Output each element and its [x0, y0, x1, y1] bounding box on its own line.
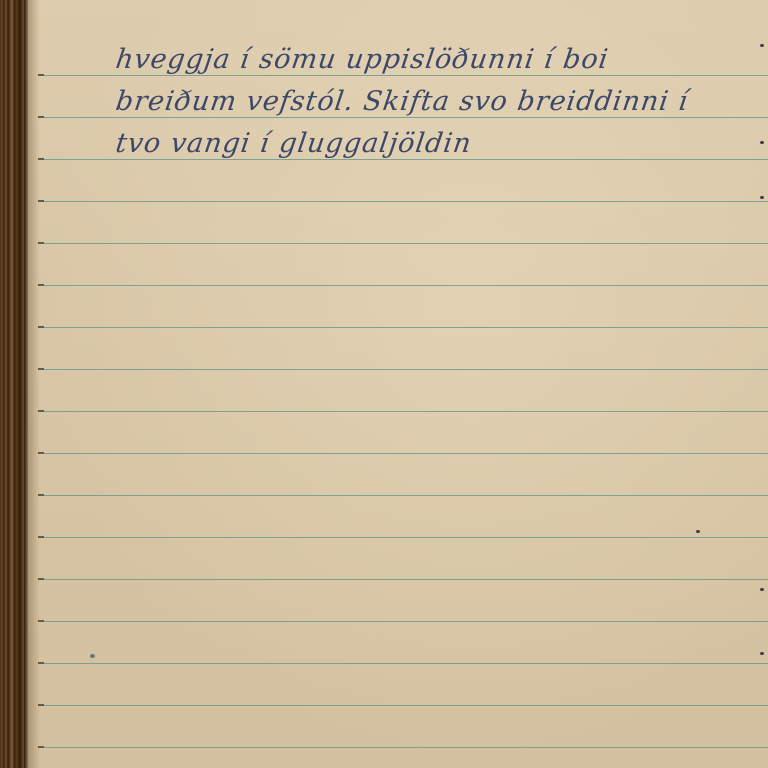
notebook-page: hveggja í sömu uppislöðunni í boi breiðu…: [28, 0, 768, 768]
margin-tick: [38, 452, 44, 454]
handwritten-line-1: hveggja í sömu uppislöðunni í boi: [114, 44, 611, 75]
margin-tick: [38, 242, 44, 244]
binding-hole-mark: [760, 44, 764, 47]
margin-tick: [38, 536, 44, 538]
ink-speck: [90, 654, 95, 658]
margin-tick: [38, 74, 44, 76]
ruled-line: [38, 495, 768, 496]
notebook-photo: hveggja í sömu uppislöðunni í boi breiðu…: [0, 0, 768, 768]
ruled-line: [38, 621, 768, 622]
ruled-line: [38, 453, 768, 454]
margin-tick: [38, 494, 44, 496]
handwritten-line-2: breiðum vefstól. Skifta svo breiddinni í: [114, 86, 691, 117]
binding-hole-mark: [760, 196, 764, 199]
ruled-line: [38, 285, 768, 286]
margin-tick: [38, 410, 44, 412]
handwritten-line-3: tvo vangi í gluggaljöldin: [114, 128, 474, 159]
ink-speck: [696, 530, 700, 533]
margin-tick: [38, 662, 44, 664]
binding-hole-mark: [760, 588, 764, 591]
margin-tick: [38, 326, 44, 328]
margin-tick: [38, 116, 44, 118]
ruled-line: [38, 537, 768, 538]
ruled-line: [38, 579, 768, 580]
ruled-line: [38, 117, 768, 118]
ruled-line: [38, 201, 768, 202]
margin-tick: [38, 200, 44, 202]
ruled-line: [38, 663, 768, 664]
margin-tick: [38, 368, 44, 370]
margin-tick: [38, 620, 44, 622]
margin-tick: [38, 158, 44, 160]
ruled-line: [38, 411, 768, 412]
binding-hole-mark: [760, 141, 764, 144]
ruled-line: [38, 327, 768, 328]
ruled-line: [38, 747, 768, 748]
binding-hole-mark: [760, 652, 764, 655]
ruled-line: [38, 369, 768, 370]
ruled-line: [38, 705, 768, 706]
margin-tick: [38, 284, 44, 286]
ruled-line: [38, 243, 768, 244]
ruled-line: [38, 75, 768, 76]
margin-tick: [38, 704, 44, 706]
wooden-binding-edge: [0, 0, 26, 768]
ruled-line: [38, 159, 768, 160]
margin-tick: [38, 746, 44, 748]
margin-tick: [38, 578, 44, 580]
